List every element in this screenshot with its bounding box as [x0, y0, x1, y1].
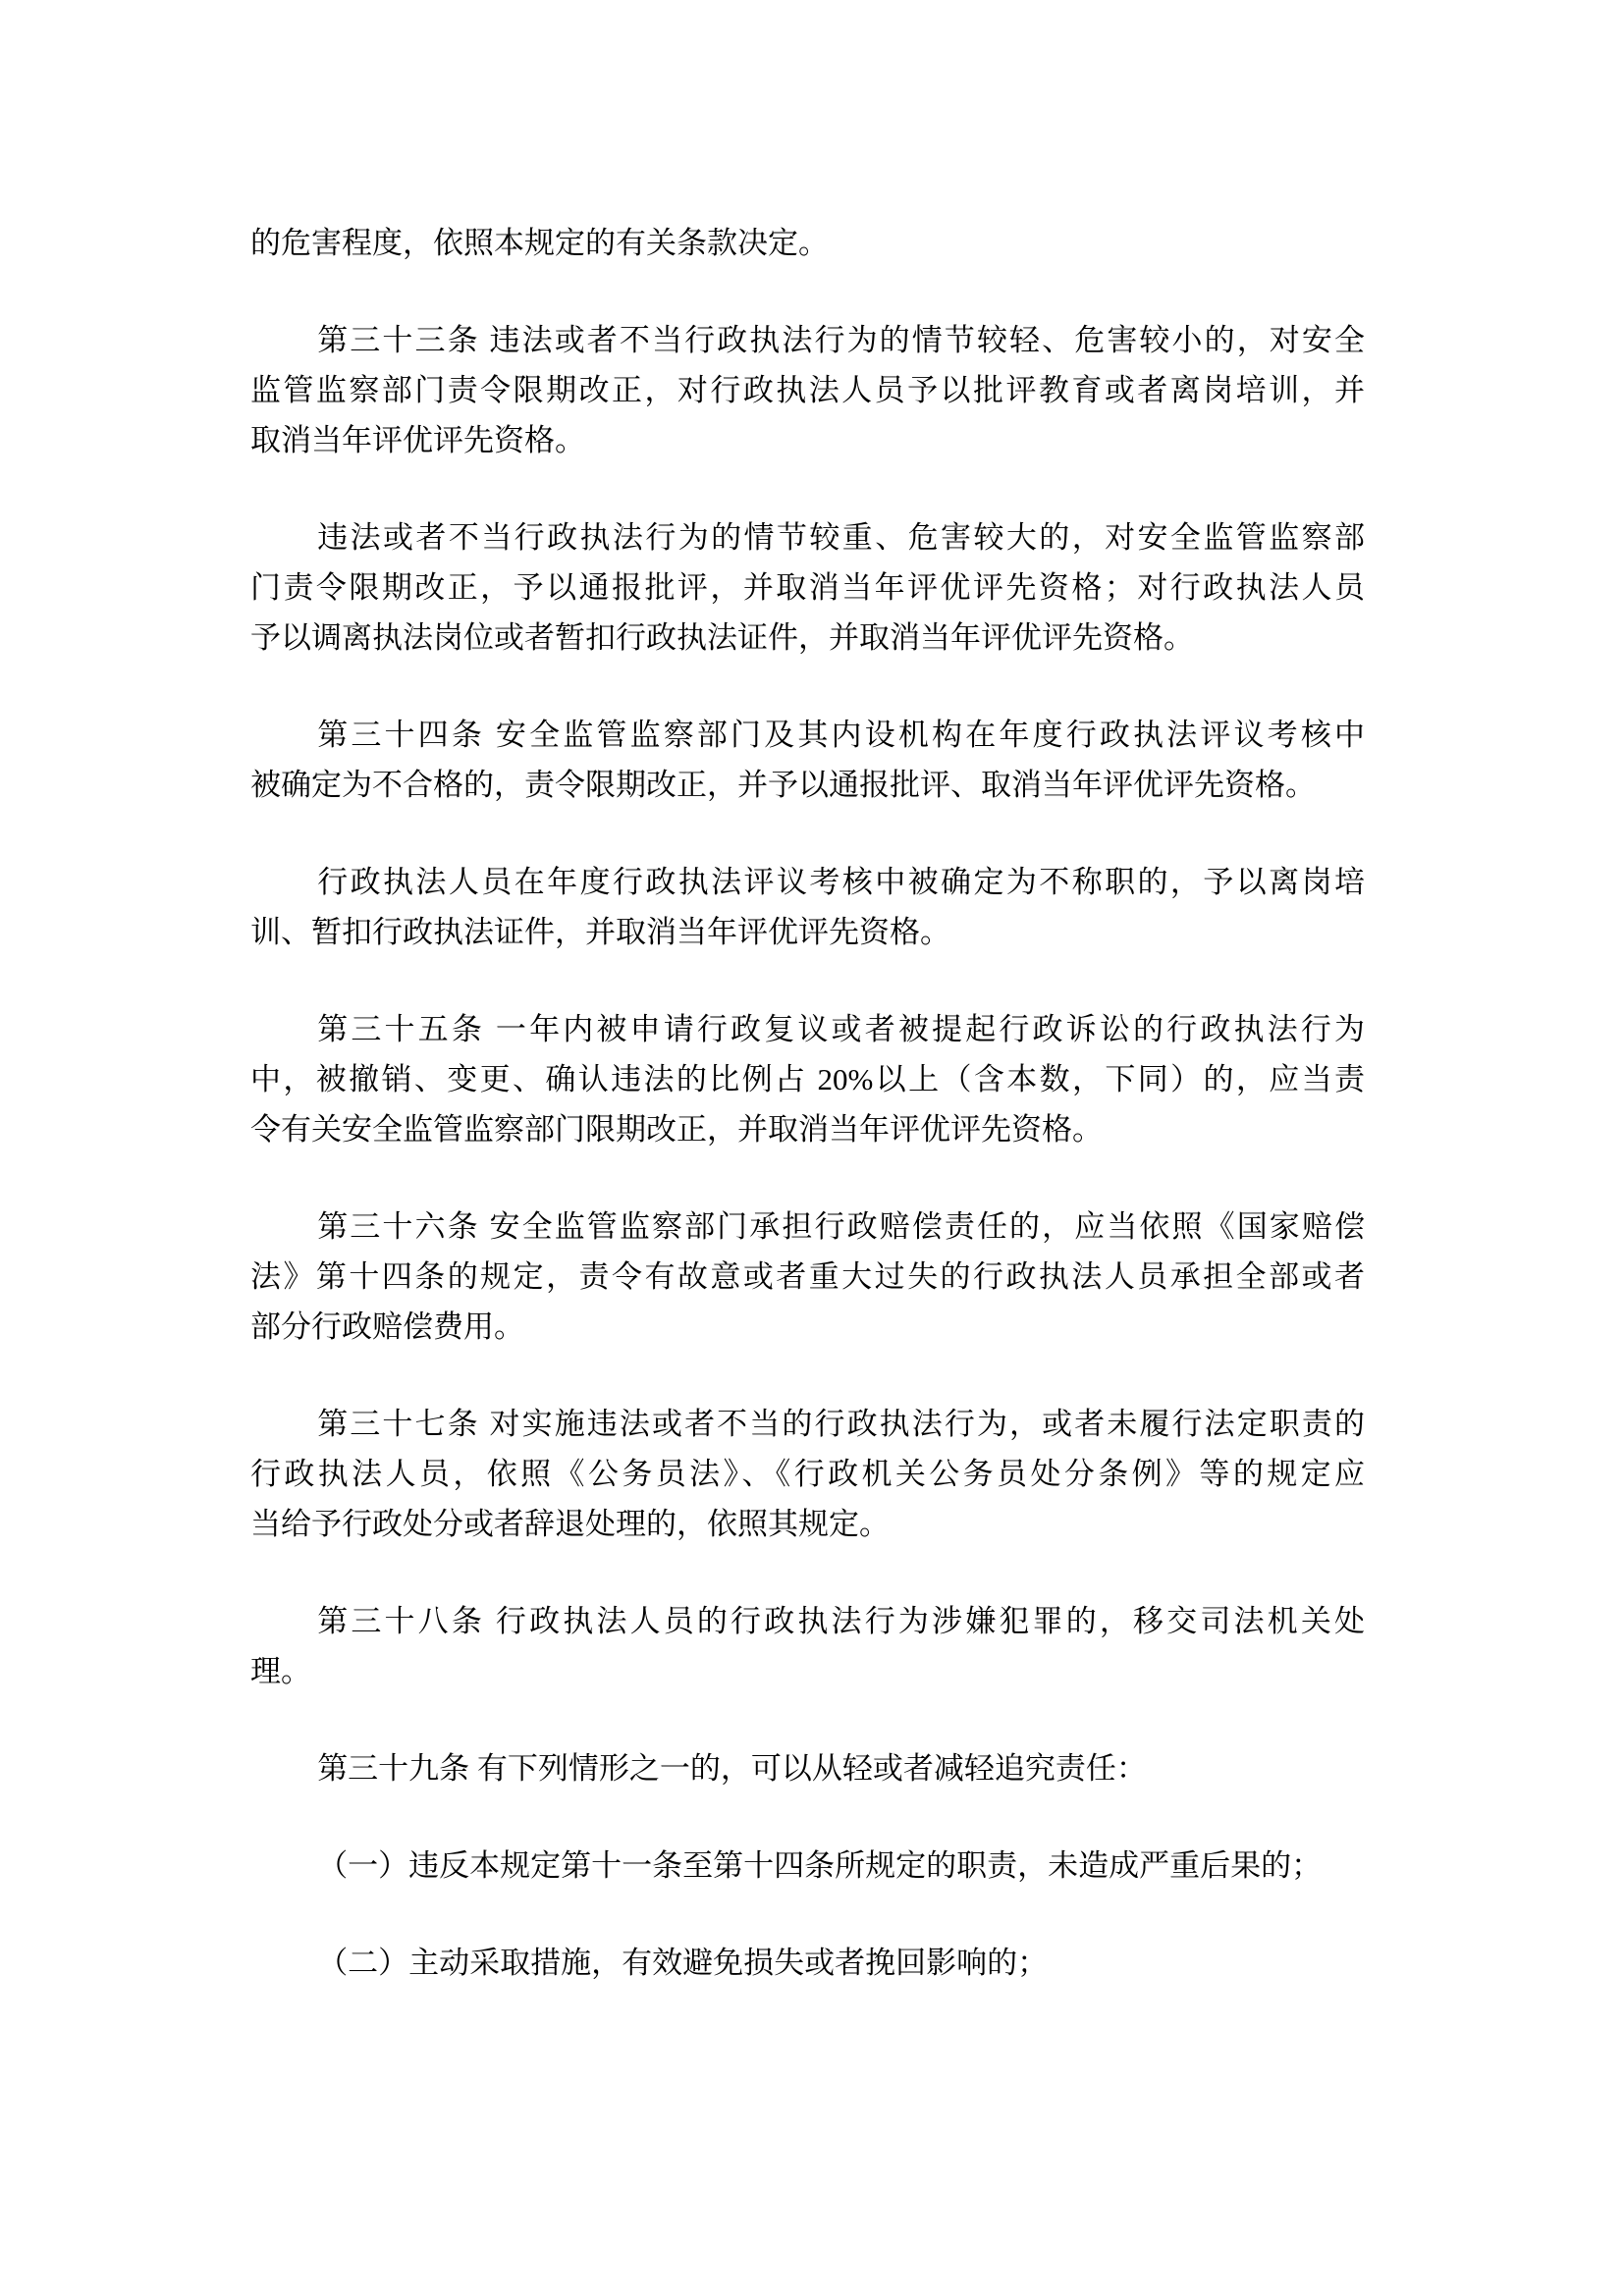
text-line: 第三十四条 安全监管监察部门及其内设机构在年度行政执法评议考核中 — [250, 710, 1365, 760]
text-line: 被确定为不合格的，责令限期改正，并予以通报批评、取消当年评优评先资格。 — [250, 760, 1365, 810]
text-line: 部分行政赔偿费用。 — [250, 1302, 1365, 1352]
article-33-clause-1: 第三十三条 违法或者不当行政执法行为的情节较轻、危害较小的，对安全 监管监察部门… — [250, 315, 1365, 465]
continuation-paragraph: 的危害程度，依照本规定的有关条款决定。 — [250, 218, 1365, 268]
article-33-clause-2: 违法或者不当行政执法行为的情节较重、危害较大的，对安全监管监察部 门责令限期改正… — [250, 512, 1365, 663]
text-line: 予以调离执法岗位或者暂扣行政执法证件，并取消当年评优评先资格。 — [250, 613, 1365, 663]
article-38: 第三十八条 行政执法人员的行政执法行为涉嫌犯罪的，移交司法机关处 理。 — [250, 1596, 1365, 1696]
article-39-item-1: （一）违反本规定第十一条至第十四条所规定的职责，未造成严重后果的； — [250, 1841, 1365, 1891]
text-line: 当给予行政处分或者辞退处理的，依照其规定。 — [250, 1499, 1365, 1549]
text-line: 取消当年评优评先资格。 — [250, 415, 1365, 465]
text-line: 训、暂扣行政执法证件，并取消当年评优评先资格。 — [250, 907, 1365, 957]
text-line: 的危害程度，依照本规定的有关条款决定。 — [250, 218, 1365, 268]
text-line: 第三十九条 有下列情形之一的，可以从轻或者减轻追究责任： — [250, 1743, 1365, 1793]
text-line: （一）违反本规定第十一条至第十四条所规定的职责，未造成严重后果的； — [250, 1841, 1365, 1891]
article-34-clause-1: 第三十四条 安全监管监察部门及其内设机构在年度行政执法评议考核中 被确定为不合格… — [250, 710, 1365, 810]
text-line: 门责令限期改正，予以通报批评，并取消当年评优评先资格；对行政执法人员 — [250, 562, 1365, 613]
text-line: 中，被撤销、变更、确认违法的比例占 20%以上（含本数，下同）的，应当责 — [250, 1054, 1365, 1104]
text-line: 行政执法人员在年度行政执法评议考核中被确定为不称职的，予以离岗培 — [250, 857, 1365, 907]
text-line: 行政执法人员，依照《公务员法》、《行政机关公务员处分条例》等的规定应 — [250, 1449, 1365, 1499]
text-line: 法》第十四条的规定，责令有故意或者重大过失的行政执法人员承担全部或者 — [250, 1252, 1365, 1302]
article-37: 第三十七条 对实施违法或者不当的行政执法行为，或者未履行法定职责的 行政执法人员… — [250, 1399, 1365, 1549]
text-line: 第三十八条 行政执法人员的行政执法行为涉嫌犯罪的，移交司法机关处 — [250, 1596, 1365, 1646]
text-line: 第三十三条 违法或者不当行政执法行为的情节较轻、危害较小的，对安全 — [250, 315, 1365, 365]
text-line: 第三十五条 一年内被申请行政复议或者被提起行政诉讼的行政执法行为 — [250, 1004, 1365, 1054]
text-line: 第三十六条 安全监管监察部门承担行政赔偿责任的，应当依照《国家赔偿 — [250, 1201, 1365, 1252]
text-line: 第三十七条 对实施违法或者不当的行政执法行为，或者未履行法定职责的 — [250, 1399, 1365, 1449]
article-35: 第三十五条 一年内被申请行政复议或者被提起行政诉讼的行政执法行为 中，被撤销、变… — [250, 1004, 1365, 1154]
article-39-intro: 第三十九条 有下列情形之一的，可以从轻或者减轻追究责任： — [250, 1743, 1365, 1793]
text-line: （二）主动采取措施，有效避免损失或者挽回影响的； — [250, 1938, 1365, 1988]
article-36: 第三十六条 安全监管监察部门承担行政赔偿责任的，应当依照《国家赔偿 法》第十四条… — [250, 1201, 1365, 1352]
article-34-clause-2: 行政执法人员在年度行政执法评议考核中被确定为不称职的，予以离岗培 训、暂扣行政执… — [250, 857, 1365, 957]
text-line: 令有关安全监管监察部门限期改正，并取消当年评优评先资格。 — [250, 1104, 1365, 1154]
text-line: 理。 — [250, 1646, 1365, 1696]
text-line: 监管监察部门责令限期改正，对行政执法人员予以批评教育或者离岗培训，并 — [250, 365, 1365, 415]
document-page: 的危害程度，依照本规定的有关条款决定。 第三十三条 违法或者不当行政执法行为的情… — [0, 0, 1624, 2296]
document-body: 的危害程度，依照本规定的有关条款决定。 第三十三条 违法或者不当行政执法行为的情… — [250, 218, 1365, 1988]
article-39-item-2: （二）主动采取措施，有效避免损失或者挽回影响的； — [250, 1938, 1365, 1988]
text-line: 违法或者不当行政执法行为的情节较重、危害较大的，对安全监管监察部 — [250, 512, 1365, 562]
